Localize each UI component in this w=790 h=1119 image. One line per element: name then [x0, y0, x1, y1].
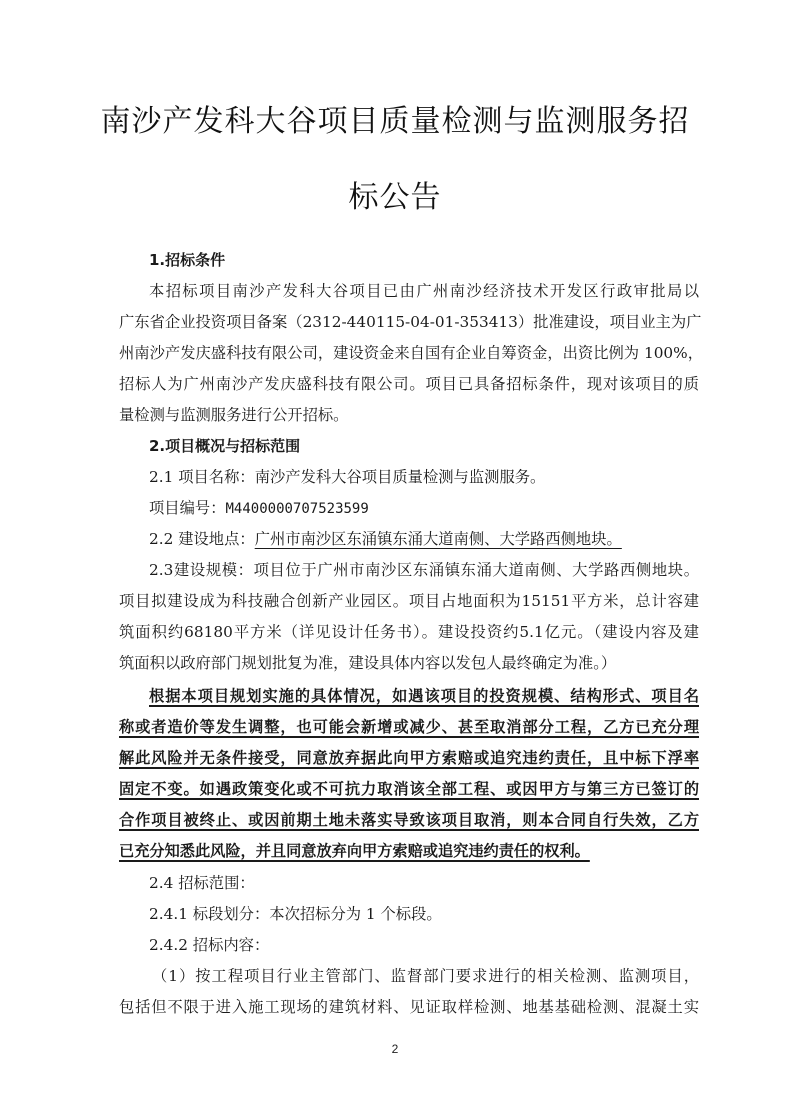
item-2-1-label: 2.1 项目名称：	[149, 468, 255, 486]
item-2-1-value: 南沙产发科大谷项目质量检测与监测服务。	[255, 468, 546, 486]
bold-clause-line: 已充分知悉此风险，并且同意放弃向甲方索赔或追究违约责任的权利。	[119, 841, 699, 861]
paragraph-line: 筑面积以政府部门规划批复为准，建设具体内容以发包人最终确定为准。）	[119, 653, 699, 673]
paragraph-line: 2.3建设规模：项目位于广州市南沙区东涌镇东涌大道南侧、大学路西侧地块。	[149, 560, 699, 580]
paragraph-line: 广东省企业投资项目备案（2312-440115-04-01-353413）批准建…	[119, 312, 699, 332]
section-heading-1: 1.招标条件	[149, 250, 699, 270]
page-number: 2	[0, 1042, 790, 1056]
paragraph-line: 量检测与监测服务进行公开招标。	[119, 405, 699, 425]
document-page: 南沙产发科大谷项目质量检测与监测服务招 标公告 1.招标条件 本招标项目南沙产发…	[0, 0, 790, 1119]
bold-clause-line: 根据本项目规划实施的具体情况，如遇该项目的投资规模、结构形式、项目名	[149, 686, 699, 706]
document-title-line-1: 南沙产发科大谷项目质量检测与监测服务招	[0, 96, 790, 140]
section-heading-2: 2.项目概况与招标范围	[149, 436, 699, 456]
document-title-line-2: 标公告	[0, 172, 790, 216]
paragraph-line: 筑面积约68180平方米（详见设计任务书）。建设投资约5.1亿元。（建设内容及建	[119, 622, 699, 642]
paragraph-line: 项目拟建设成为科技融合创新产业园区。项目占地面积为15151平方米，总计容建	[119, 591, 699, 611]
item-2-4: 2.4 招标范围：	[149, 873, 699, 893]
bold-clause-line: 解此风险并无条件接受，同意放弃据此向甲方索赔或追究违约责任，且中标下浮率	[119, 748, 699, 768]
bold-clause-line: 称或者造价等发生调整，也可能会新增或减少、甚至取消部分工程，乙方已充分理	[119, 717, 699, 737]
item-2-4-1: 2.4.1 标段划分：本次招标分为 1 个标段。	[149, 904, 699, 924]
item-2-4-2: 2.4.2 招标内容：	[149, 935, 699, 955]
project-number-value: M4400000707523599	[226, 501, 369, 517]
item-2-2-label: 2.2 建设地点：	[149, 530, 255, 548]
paragraph-line: 州南沙产发庆盛科技有限公司，建设资金来自国有企业自筹资金，出资比例为 100%，	[119, 343, 699, 363]
project-number: 项目编号：M4400000707523599	[149, 498, 699, 519]
bold-clause-line: 固定不变。如遇政策变化或不可抗力取消该全部工程、或因甲方与第三方已签订的	[119, 779, 699, 799]
item-2-2: 2.2 建设地点：广州市南沙区东涌镇东涌大道南侧、大学路西侧地块。	[149, 529, 699, 549]
construction-site-value: 广州市南沙区东涌镇东涌大道南侧、大学路西侧地块。	[255, 530, 622, 548]
paragraph-line: 包括但不限于进入施工现场的建筑材料、见证取样检测、地基基础检测、混凝土实	[119, 997, 699, 1017]
project-number-label: 项目编号：	[149, 499, 226, 517]
bold-clause-line: 合作项目被终止、或因前期土地未落实导致该项目取消，则本合同自行失效，乙方	[119, 810, 699, 830]
paragraph-line: （1）按工程项目行业主管部门、监督部门要求进行的相关检测、监测项目，	[152, 966, 699, 986]
paragraph-line: 本招标项目南沙产发科大谷项目已由广州南沙经济技术开发区行政审批局以	[149, 281, 699, 301]
item-2-1: 2.1 项目名称：南沙产发科大谷项目质量检测与监测服务。	[149, 467, 699, 487]
paragraph-line: 招标人为广州南沙产发庆盛科技有限公司。项目已具备招标条件，现对该项目的质	[119, 374, 699, 394]
